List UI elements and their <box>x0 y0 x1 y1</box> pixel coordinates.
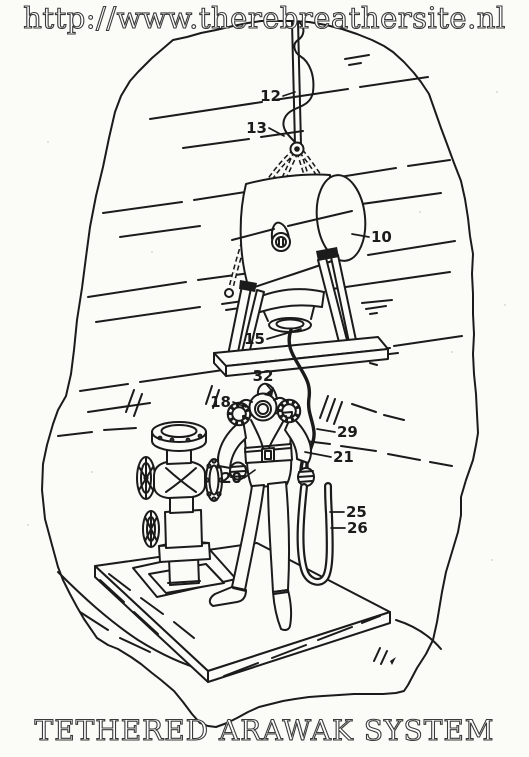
figure-label-10: 10 <box>371 228 392 246</box>
handwheel-hub <box>143 475 148 480</box>
bridle-pin <box>294 146 300 152</box>
speckle <box>91 471 93 473</box>
figure-label-12: 12 <box>260 87 281 105</box>
figure-caption: TETHERED ARAWAK SYSTEM <box>0 714 529 747</box>
patent-figure: 12 13 10 15 32 18 29 21 20 25 26 <box>0 0 529 757</box>
speckle <box>419 211 421 213</box>
figure-label-20: 20 <box>221 469 242 487</box>
screenshot-canvas: 12 13 10 15 32 18 29 21 20 25 26 http://… <box>0 0 529 757</box>
bell-porthole <box>272 233 290 251</box>
speckle <box>451 351 453 353</box>
figure-label-13: 13 <box>246 119 267 137</box>
figure-label-15: 15 <box>244 330 265 348</box>
figure-label-29: 29 <box>337 423 358 441</box>
diver-leg-right <box>268 482 289 592</box>
speckle <box>496 91 498 93</box>
figure-label-18: 18 <box>210 393 231 411</box>
speckle <box>491 559 493 561</box>
site-url-text: http://www.therebreathersite.nl <box>0 1 529 35</box>
wellhead-mid-cylinder <box>165 510 202 548</box>
speckle <box>151 251 153 253</box>
figure-label-21: 21 <box>333 448 354 466</box>
speckle <box>47 141 49 143</box>
speckle <box>27 524 29 526</box>
figure-label-32: 32 <box>253 367 274 385</box>
speckle <box>504 304 506 306</box>
figure-label-26: 26 <box>347 519 368 537</box>
